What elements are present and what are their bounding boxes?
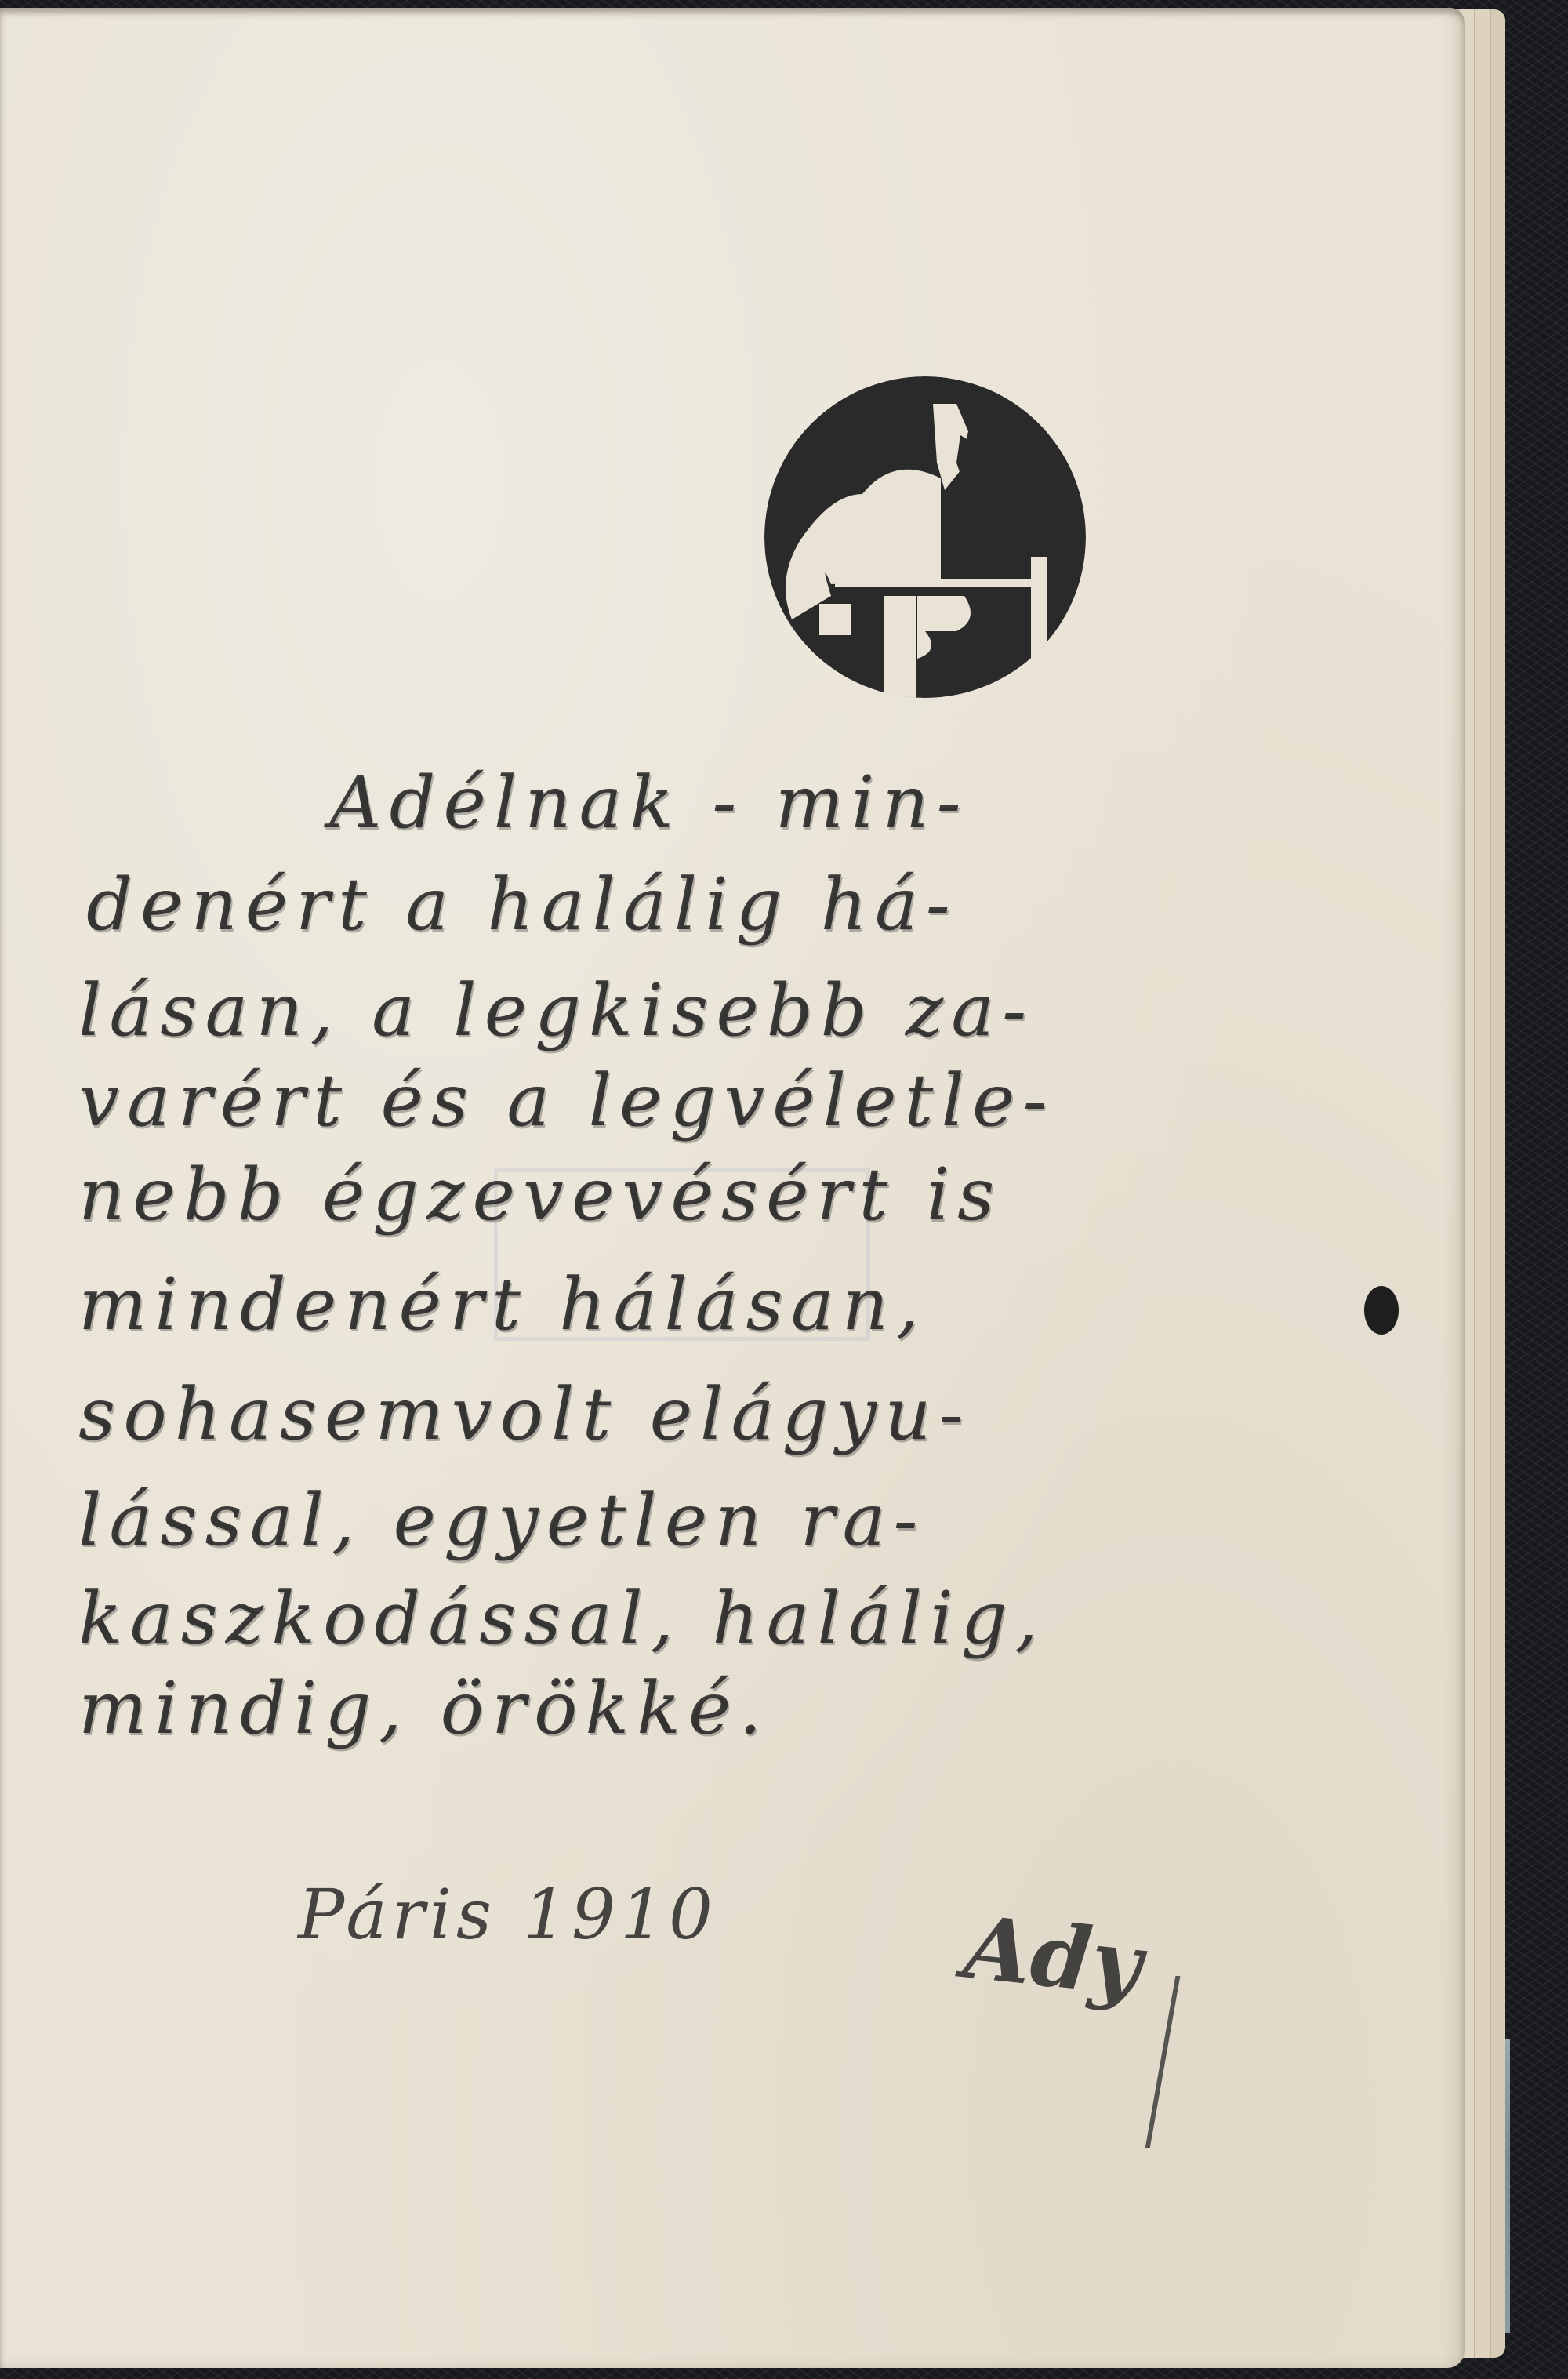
place-and-date: Páris 1910 [298,1874,717,1955]
book-page: Adélnak - min- denért a halálig há- lása… [0,8,1465,2368]
signature: Ady [960,1897,1146,2016]
dedication-line: kaszkodással, halálig, [78,1576,1046,1660]
vignette-figure-at-desk-icon [745,361,1105,729]
dedication-line: lással, egyetlen ra- [78,1478,925,1562]
dedication-line: sohasemvolt elágyu- [78,1372,971,1456]
dedication-line: nebb égzevevésért is [78,1153,1002,1237]
dedication-line: lásan, a legkisebb za- [78,968,1034,1052]
signature-flourish [1145,1976,1236,2148]
dedication-line: mindig, örökké. [78,1666,770,1750]
dedication-line: denért a halálig há- [86,863,958,946]
dedication-line: mindenért hálásan, [78,1262,927,1346]
ink-blot [1364,1286,1399,1335]
dedication-line: varért és a legvéletle- [78,1059,1054,1142]
dedication-line: Adélnak - min- [329,761,969,844]
